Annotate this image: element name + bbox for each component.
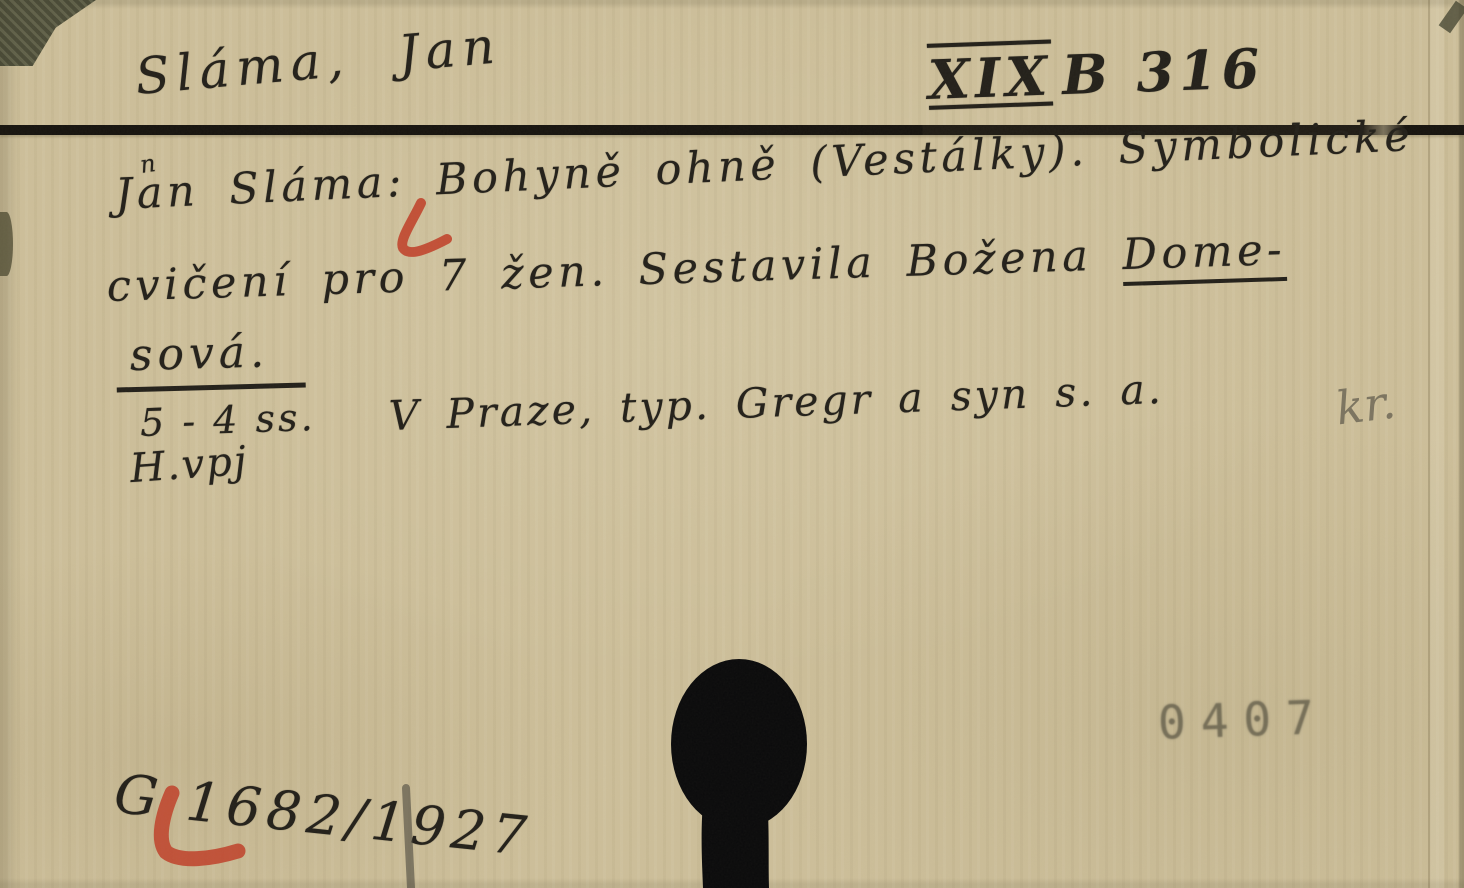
entry-line-2: cvičení pro 7 žen. Sestavila Božena Dome… (106, 225, 1287, 312)
compiler-surname-part: Dome- (1122, 225, 1287, 286)
punch-hole-circle (671, 659, 807, 829)
call-number-rest: B 316 (1061, 36, 1265, 107)
call-number-roman: XIX (927, 44, 1053, 112)
shorthand-note: H.vpj (129, 438, 250, 492)
author-heading: Sláma, Jan (133, 16, 504, 106)
red-check-mark-title (402, 203, 447, 252)
pencil-note: kr. (1333, 375, 1399, 436)
accession-number: G 1682/1927 (111, 762, 535, 868)
compiler-surname-continuation: sová. (115, 326, 306, 393)
entry-line-2-text: cvičení pro 7 žen. Sestavila Božena (106, 230, 1123, 312)
punch-hole-slot (702, 790, 769, 888)
scan-artifact-left-edge (0, 212, 13, 276)
punch-hole-keyhole (671, 659, 807, 888)
faded-stamp-number: 0407 (1157, 690, 1330, 750)
imprint-note: V Praze, typ. Gregr a syn s. a. (388, 365, 1165, 440)
collation-note: 5 - 4 ss. (139, 395, 316, 445)
scan-artifact-top-left (0, 0, 96, 66)
call-number: XIXB 316 (927, 36, 1265, 112)
entry-line-3: sová. (116, 328, 305, 390)
catalog-card: Sláma, Jan XIXB 316 n Jan Sláma: Bohyně … (0, 0, 1464, 888)
